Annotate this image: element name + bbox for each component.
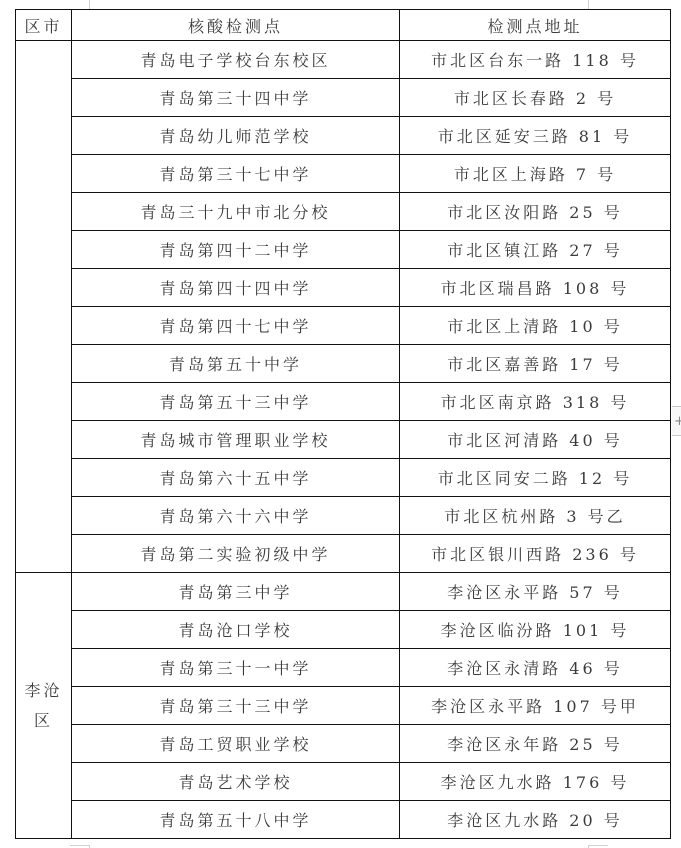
address-cell: 市北区长春路 2 号 xyxy=(400,79,671,117)
site-cell: 青岛第三十一中学 xyxy=(72,649,400,687)
table-row: 青岛第五十三中学 市北区南京路 318 号 xyxy=(16,383,671,421)
site-cell: 青岛三十九中市北分校 xyxy=(72,193,400,231)
table-row: 青岛沧口学校 李沧区临汾路 101 号 xyxy=(16,611,671,649)
site-cell: 青岛电子学校台东校区 xyxy=(72,41,400,79)
header-address: 检测点地址 xyxy=(400,10,671,41)
site-cell: 青岛第三中学 xyxy=(72,573,400,611)
address-cell: 市北区河清路 40 号 xyxy=(400,421,671,459)
district-cell xyxy=(16,41,72,573)
table-row: 青岛第四十四中学 市北区瑞昌路 108 号 xyxy=(16,269,671,307)
address-cell: 市北区同安二路 12 号 xyxy=(400,459,671,497)
header-district: 区市 xyxy=(16,10,72,41)
page-corner-mark xyxy=(588,0,589,9)
address-cell: 市北区汝阳路 25 号 xyxy=(400,193,671,231)
plus-icon: + xyxy=(674,414,681,429)
site-cell: 青岛第四十四中学 xyxy=(72,269,400,307)
table-row: 青岛城市管理职业学校 市北区河清路 40 号 xyxy=(16,421,671,459)
site-cell: 青岛第六十五中学 xyxy=(72,459,400,497)
address-cell: 市北区瑞昌路 108 号 xyxy=(400,269,671,307)
address-cell: 李沧区永平路 107 号甲 xyxy=(400,687,671,725)
table-row: 青岛第四十七中学 市北区上清路 10 号 xyxy=(16,307,671,345)
table-row: 青岛第五十八中学 李沧区九水路 20 号 xyxy=(16,801,671,839)
table-row: 青岛工贸职业学校 李沧区永年路 25 号 xyxy=(16,725,671,763)
site-cell: 青岛艺术学校 xyxy=(72,763,400,801)
table-row: 青岛第三十七中学 市北区上海路 7 号 xyxy=(16,155,671,193)
table-row: 青岛艺术学校 李沧区九水路 176 号 xyxy=(16,763,671,801)
table-row: 青岛第三十一中学 李沧区永清路 46 号 xyxy=(16,649,671,687)
address-cell: 市北区杭州路 3 号乙 xyxy=(400,497,671,535)
site-cell: 青岛第三十四中学 xyxy=(72,79,400,117)
address-cell: 市北区嘉善路 17 号 xyxy=(400,345,671,383)
page-corner-mark xyxy=(89,0,90,9)
table-row: 青岛幼儿师范学校 市北区延安三路 81 号 xyxy=(16,117,671,155)
site-cell: 青岛城市管理职业学校 xyxy=(72,421,400,459)
table-row: 青岛第五十中学 市北区嘉善路 17 号 xyxy=(16,345,671,383)
site-cell: 青岛第五十中学 xyxy=(72,345,400,383)
site-cell: 青岛幼儿师范学校 xyxy=(72,117,400,155)
site-cell: 青岛沧口学校 xyxy=(72,611,400,649)
table-row: 青岛电子学校台东校区 市北区台东一路 118 号 xyxy=(16,41,671,79)
address-cell: 李沧区九水路 20 号 xyxy=(400,801,671,839)
address-cell: 市北区延安三路 81 号 xyxy=(400,117,671,155)
table-row: 青岛三十九中市北分校 市北区汝阳路 25 号 xyxy=(16,193,671,231)
district-cell: 李沧区 xyxy=(16,573,72,839)
site-cell: 青岛工贸职业学校 xyxy=(72,725,400,763)
address-cell: 市北区镇江路 27 号 xyxy=(400,231,671,269)
table-row: 青岛第六十六中学 市北区杭州路 3 号乙 xyxy=(16,497,671,535)
page-corner-mark xyxy=(70,845,90,846)
address-cell: 市北区台东一路 118 号 xyxy=(400,41,671,79)
table-row: 青岛第三十四中学 市北区长春路 2 号 xyxy=(16,79,671,117)
address-cell: 李沧区永清路 46 号 xyxy=(400,649,671,687)
table-row: 青岛第三十三中学 李沧区永平路 107 号甲 xyxy=(16,687,671,725)
table-row: 青岛第二实验初级中学 市北区银川西路 236 号 xyxy=(16,535,671,573)
site-cell: 青岛第三十三中学 xyxy=(72,687,400,725)
address-cell: 市北区上海路 7 号 xyxy=(400,155,671,193)
address-cell: 李沧区九水路 176 号 xyxy=(400,763,671,801)
address-cell: 李沧区临汾路 101 号 xyxy=(400,611,671,649)
site-cell: 青岛第四十二中学 xyxy=(72,231,400,269)
add-row-button[interactable]: + xyxy=(672,406,681,436)
site-cell: 青岛第五十三中学 xyxy=(72,383,400,421)
page-corner-mark xyxy=(588,845,608,846)
table-row: 青岛第六十五中学 市北区同安二路 12 号 xyxy=(16,459,671,497)
testing-sites-table: 区市 核酸检测点 检测点地址 青岛电子学校台东校区 市北区台东一路 118 号 … xyxy=(15,9,671,839)
site-cell: 青岛第二实验初级中学 xyxy=(72,535,400,573)
header-site: 核酸检测点 xyxy=(72,10,400,41)
site-cell: 青岛第六十六中学 xyxy=(72,497,400,535)
address-cell: 李沧区永年路 25 号 xyxy=(400,725,671,763)
address-cell: 李沧区永平路 57 号 xyxy=(400,573,671,611)
site-cell: 青岛第四十七中学 xyxy=(72,307,400,345)
table-row: 青岛第四十二中学 市北区镇江路 27 号 xyxy=(16,231,671,269)
site-cell: 青岛第五十八中学 xyxy=(72,801,400,839)
address-cell: 市北区银川西路 236 号 xyxy=(400,535,671,573)
address-cell: 市北区南京路 318 号 xyxy=(400,383,671,421)
address-cell: 市北区上清路 10 号 xyxy=(400,307,671,345)
table-header-row: 区市 核酸检测点 检测点地址 xyxy=(16,10,671,41)
table-row: 李沧区 青岛第三中学 李沧区永平路 57 号 xyxy=(16,573,671,611)
site-cell: 青岛第三十七中学 xyxy=(72,155,400,193)
